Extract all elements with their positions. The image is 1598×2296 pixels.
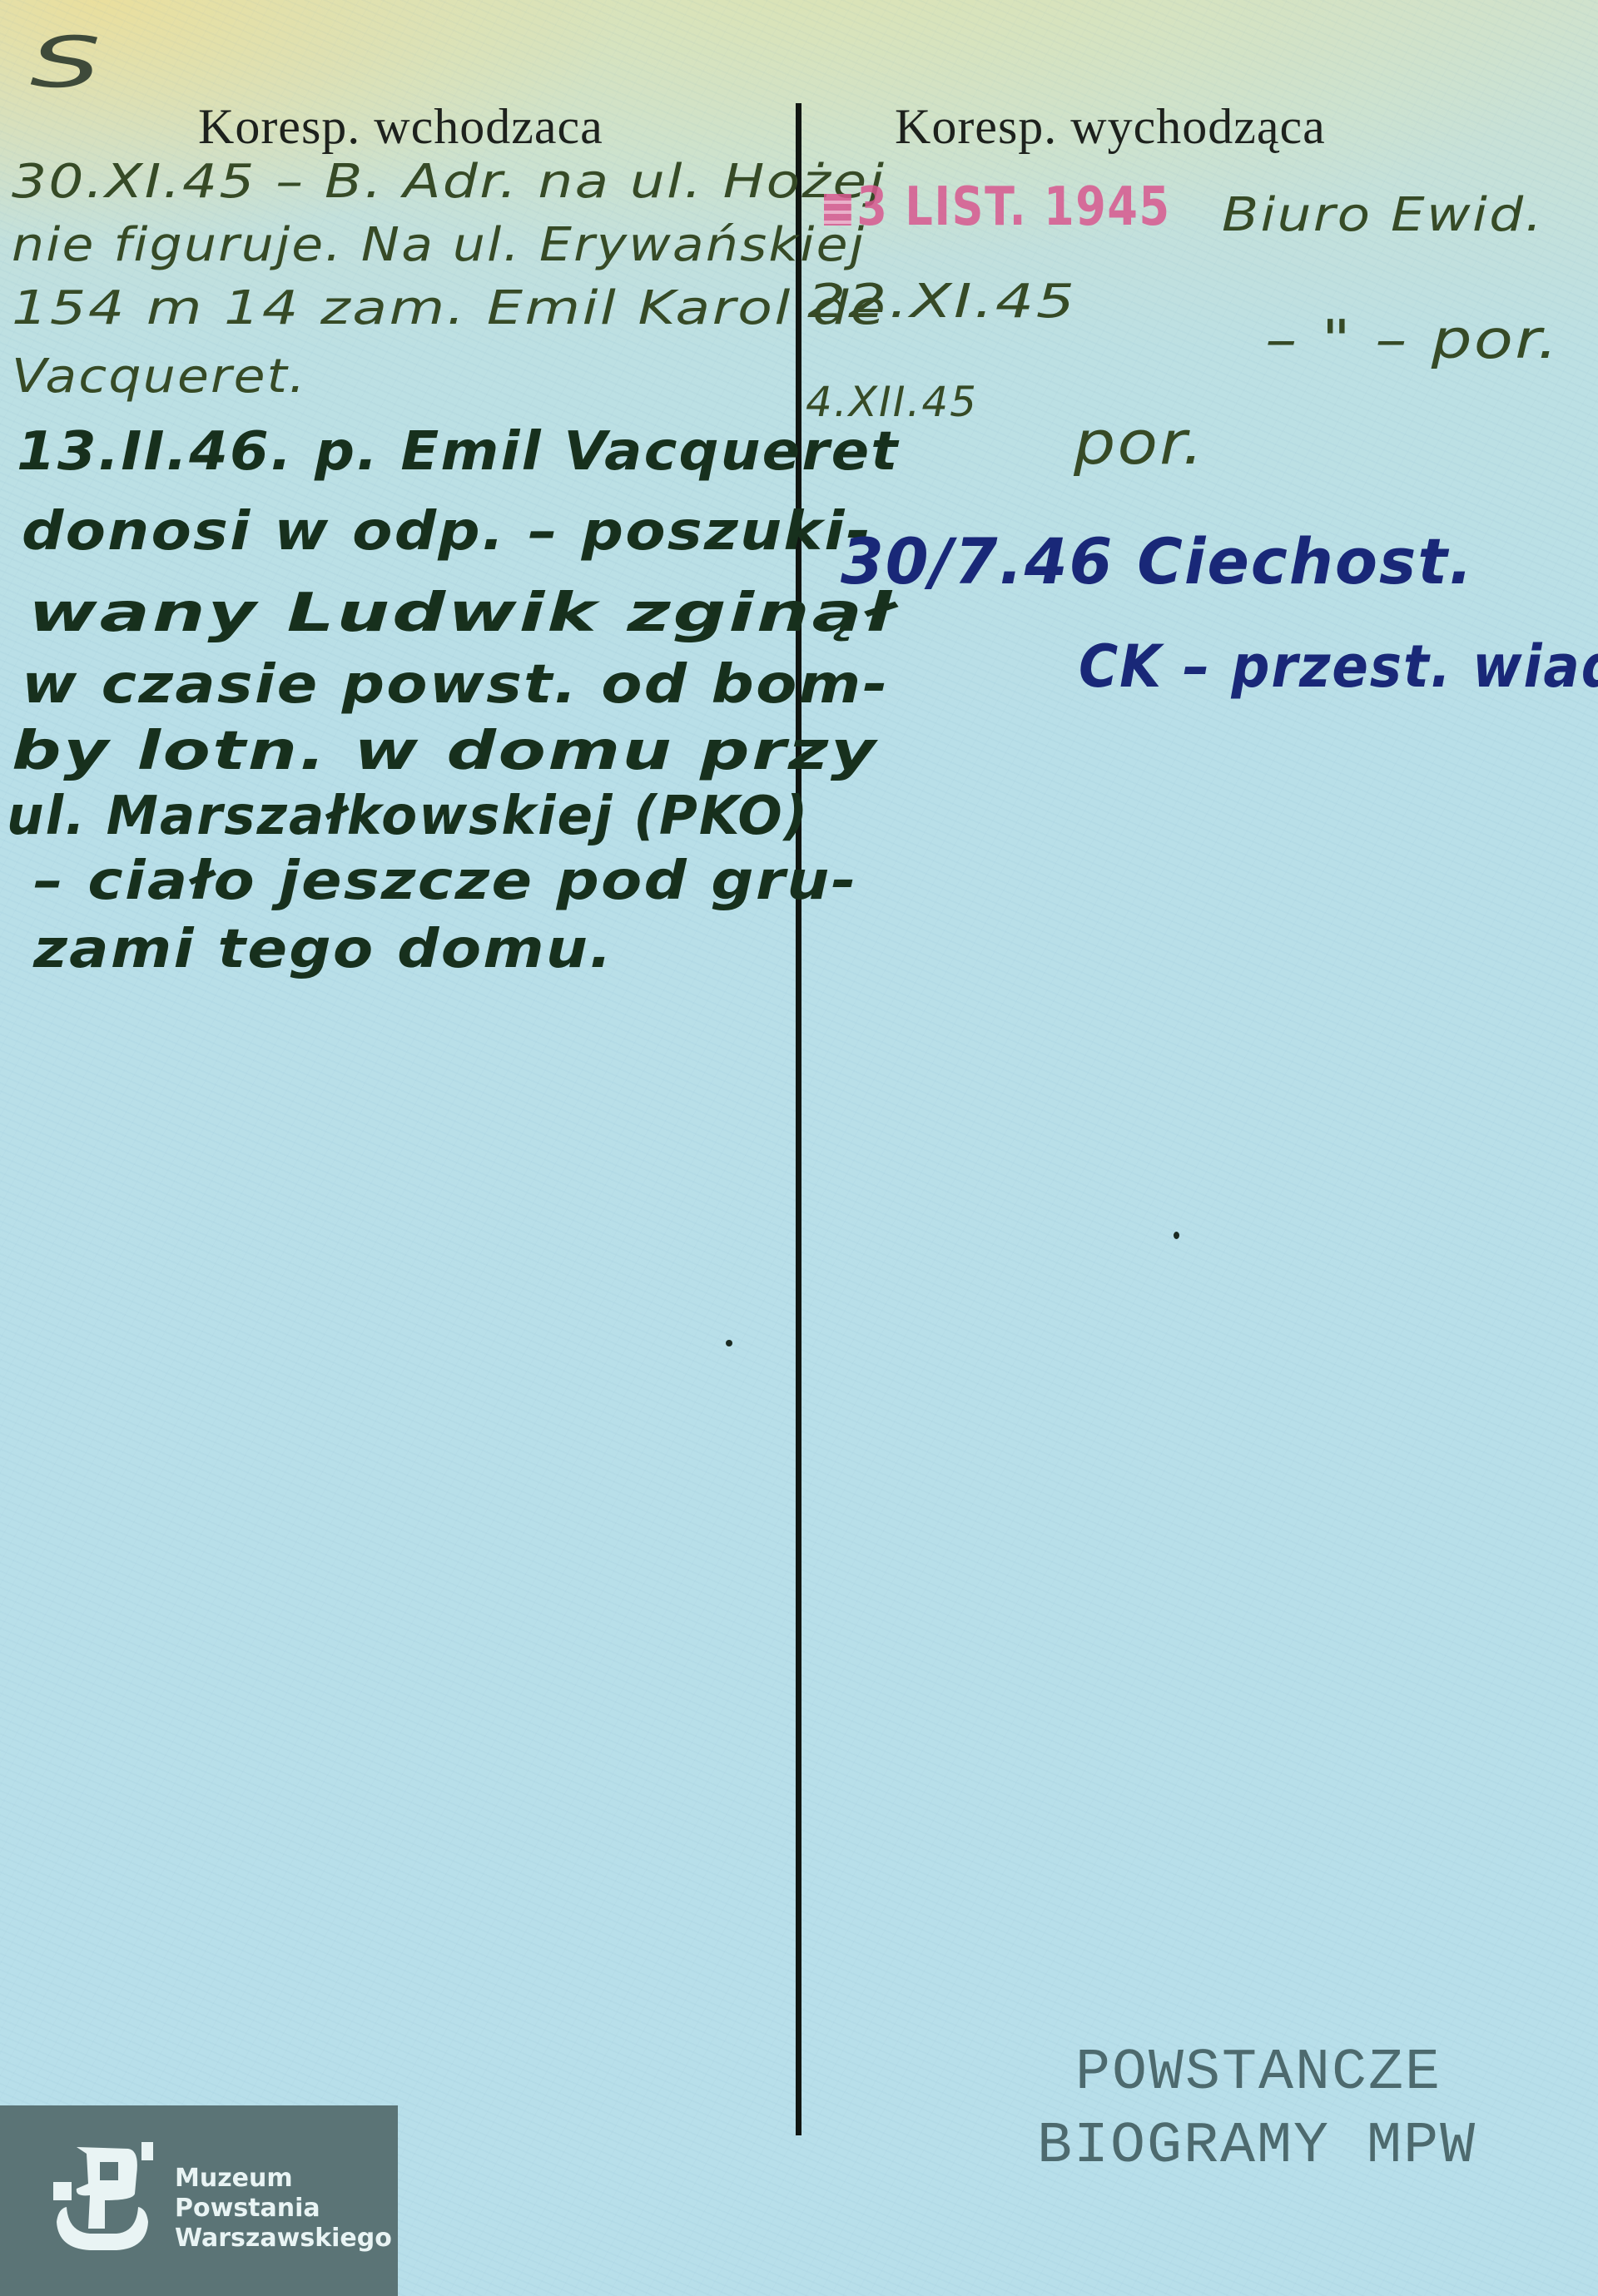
- outgoing-line: Biuro Ewid.: [1222, 188, 1544, 242]
- outgoing-line: 30/7.46 Ciechost.: [841, 524, 1474, 598]
- museum-name: Muzeum Powstania Warszawskiego: [175, 2164, 392, 2254]
- outgoing-line: por.: [1074, 408, 1205, 478]
- paper-speck: [1174, 1232, 1179, 1239]
- stamp-bar-icon: [824, 194, 851, 226]
- stamp-text: 3 LIST. 1945: [856, 176, 1170, 238]
- incoming-line: 13.II.46. p. Emil Vacqueret: [17, 421, 899, 483]
- outgoing-line: 4.XII.45: [806, 378, 978, 426]
- museum-name-line-3: Warszawskiego: [175, 2224, 392, 2254]
- outgoing-line: 22.XI.45: [807, 275, 1077, 329]
- outgoing-line: – " – por.: [1265, 310, 1560, 371]
- incoming-line: by lotn. w domu przy: [12, 721, 878, 782]
- incoming-line: ul. Marszałkowskiej (PKO): [7, 786, 809, 847]
- museum-name-line-1: Muzeum: [175, 2164, 392, 2194]
- incoming-line: zami tego domu.: [33, 919, 613, 980]
- anchor-kotwica-icon: [53, 2142, 153, 2252]
- museum-logo: Muzeum Powstania Warszawskiego: [0, 2105, 398, 2296]
- incoming-line: donosi w odp. – poszuki-: [22, 501, 872, 563]
- incoming-line: 154 m 14 zam. Emil Karol de: [12, 281, 887, 335]
- outgoing-line: CK – przest. wiad: [1079, 632, 1598, 701]
- incoming-line: wany Ludwik zginął: [28, 583, 895, 644]
- watermark-line-1: POWSTANCZE: [1075, 2041, 1442, 2106]
- outgoing-correspondence-header: Koresp. wychodząca: [895, 98, 1326, 156]
- incoming-line: Vacqueret.: [12, 350, 307, 404]
- paper-speck: [726, 1340, 732, 1346]
- date-stamp: 3 LIST. 1945: [824, 176, 1171, 238]
- incoming-correspondence-header: Koresp. wchodzaca: [198, 98, 603, 156]
- watermark-line-2: BIOGRAMY MPW: [1037, 2114, 1476, 2179]
- incoming-line: – ciało jeszcze pod gru-: [33, 850, 858, 912]
- column-divider: [796, 103, 801, 2135]
- incoming-line: w czasie powst. od bom-: [22, 654, 889, 716]
- corner-mark: S: [30, 22, 101, 103]
- incoming-line: nie figuruje. Na ul. Erywańskiej: [12, 218, 866, 272]
- incoming-line: 30.XI.45 – B. Adr. na ul. Hożej: [12, 155, 886, 209]
- museum-name-line-2: Powstania: [175, 2194, 392, 2224]
